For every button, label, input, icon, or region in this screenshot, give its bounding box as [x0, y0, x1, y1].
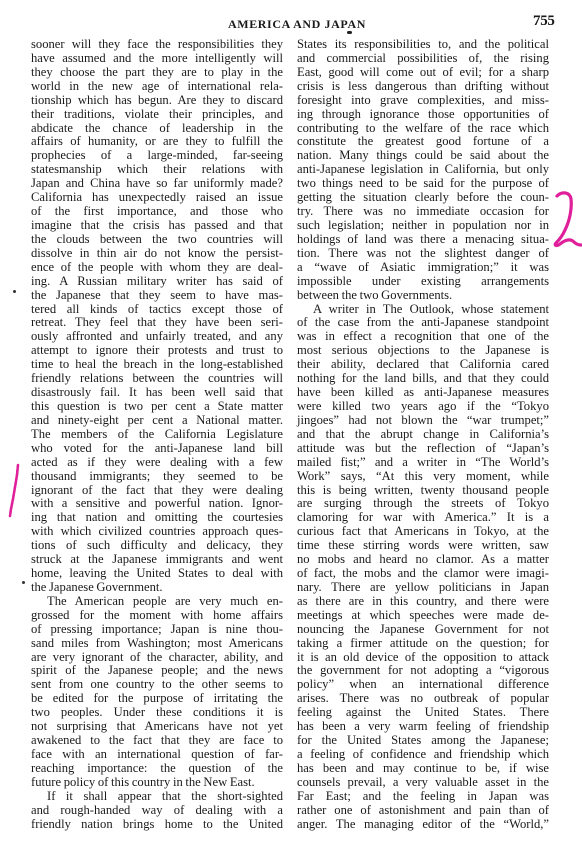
text-line: meetings at which speeches were made de- [297, 609, 549, 623]
text-line: with a sensitive and powerful nation. Ig… [31, 497, 283, 511]
text-line: A writer in The Outlook, whose statement [297, 303, 549, 317]
text-line: policy” when an international difference [297, 678, 549, 692]
text-line: arises. There was no outbreak of popular [297, 692, 549, 706]
text-line: future policy of this country in the New… [31, 776, 283, 790]
text-line: impossible under existing arrangements [297, 275, 549, 289]
text-line: rather one of astonishment and pain than… [297, 804, 549, 818]
text-line: ing through ignorance those opportunitie… [297, 108, 549, 122]
text-line: ing. A Russian military writer has said … [31, 275, 283, 289]
text-line: jingoes” had not blown the “war trumpet;… [297, 414, 549, 428]
text-line: and ninety-eight per cent a National mat… [31, 414, 283, 428]
text-line: constitute the greatest good fortune of … [297, 135, 549, 149]
text-line: most serious objections to the Japanese … [297, 344, 549, 358]
text-line: anger. The managing editor of the “World… [297, 818, 549, 832]
page-number: 755 [533, 13, 555, 30]
text-line: tered all kinds of tactics except those … [31, 303, 283, 317]
text-line: has been a very warm feeling of friendsh… [297, 720, 549, 734]
text-line: East, good will come out of evil; for a … [297, 66, 549, 80]
text-line: such legislation; neither in population … [297, 219, 549, 233]
text-line: world in the new age of international re… [31, 80, 283, 94]
text-line: sooner will they face the responsibiliti… [31, 38, 283, 52]
text-line: Japan and China have so far uniformly ma… [31, 177, 283, 191]
text-line: nation. Many things could be said about … [297, 149, 549, 163]
text-line: the Japanese Government. [31, 581, 283, 595]
text-line: have been killed as anti-Japanese measur… [297, 386, 549, 400]
left-column: sooner will they face the responsibiliti… [31, 38, 283, 832]
text-line: imagine that the crisis has passed and t… [31, 219, 283, 233]
text-line: sent from one country to the other seems… [31, 678, 283, 692]
text-line: of the first importance, and those who [31, 205, 283, 219]
text-line: States its responsibilities to, and the … [297, 38, 549, 52]
text-line: of fact, the mobs and the clamor were im… [297, 567, 549, 581]
text-line: ing that nation and omitting the courtes… [31, 511, 283, 525]
header-title: AMERICA AND JAPAN [0, 17, 582, 32]
right-column: States its responsibilities to, and the … [297, 38, 549, 832]
text-line: anti-Japanese legislation in California,… [297, 163, 549, 177]
text-line: between the two Governments. [297, 289, 549, 303]
text-line: not surprising that Americans have not y… [31, 720, 283, 734]
handwritten-slash-annotation-icon [6, 463, 22, 519]
text-line: retreat. They feel that they have been s… [31, 316, 283, 330]
text-line: Work” says, “At this very moment, while [297, 470, 549, 484]
text-line: grossed for the moment with home affairs [31, 609, 283, 623]
text-line: crisis is less dangerous than drifting w… [297, 80, 549, 94]
text-line: reaching importance: the question of the [31, 762, 283, 776]
text-line: foresight into grave complexities, and m… [297, 94, 549, 108]
text-line: was in effect a recognition that one of … [297, 330, 549, 344]
text-line: clamoring for war with America.” It is a [297, 511, 549, 525]
text-line: nary. There are yellow politicians in Ja… [297, 581, 549, 595]
text-line: time to heal the breach in the long-esta… [31, 358, 283, 372]
text-line: spirit of the Japanese people; and the n… [31, 664, 283, 678]
text-line: friendly relations between the countries… [31, 372, 283, 386]
text-line: If it shall appear that the short-sighte… [31, 790, 283, 804]
text-line: as there are in this country, and there … [297, 595, 549, 609]
text-line: awakened to the fact that they are face … [31, 734, 283, 748]
text-line: statesmanship which their relations with [31, 163, 283, 177]
text-line: feeling against the United States. There [297, 706, 549, 720]
text-line: counsels prevail, a very valuable asset … [297, 776, 549, 790]
text-line: The American people are very much en- [31, 595, 283, 609]
text-line: for the United States among the Japanese… [297, 734, 549, 748]
text-line: and rough-handed way of dealing with a [31, 804, 283, 818]
text-line: a “wave of Asiatic immigration;” it was [297, 261, 549, 275]
text-line: have assumed and the more intelligently … [31, 52, 283, 66]
text-line: ence of the people with whom they are de… [31, 261, 283, 275]
text-line: taking a firmer attitude on the question… [297, 637, 549, 651]
text-line: are very ignorant of the character, abil… [31, 651, 283, 665]
text-line: California has unexpectedly raised an is… [31, 191, 283, 205]
text-line: friendly nation brings home to the Unite… [31, 818, 283, 832]
text-line: two peoples. Under these conditions it i… [31, 706, 283, 720]
text-line: the clouds between the two countries wil… [31, 233, 283, 247]
text-line: this is being written, twenty thousand p… [297, 484, 549, 498]
text-line: dissolve in thin air do not know the per… [31, 247, 283, 261]
text-line: nouncing the Japanese Government for not [297, 623, 549, 637]
text-line: curious fact that Americans in Tokyo, at… [297, 525, 549, 539]
text-line: affairs of humanity, or are they to fulf… [31, 135, 283, 149]
text-line: struck at the Japanese immigrants and we… [31, 553, 283, 567]
text-line: face with an international question of f… [31, 748, 283, 762]
handwritten-2-annotation-icon [553, 190, 582, 252]
text-line: thousand immigrants; they seemed to be [31, 470, 283, 484]
text-line: were killed two years ago if the “Tokyo [297, 400, 549, 414]
text-line: of pressing importance; Japan is nine th… [31, 623, 283, 637]
text-line: of the case from the anti-Japanese stand… [297, 316, 549, 330]
text-line: a feeling of confidence and friendship w… [297, 748, 549, 762]
text-line: ignorant of the fact that they were deal… [31, 484, 283, 498]
text-line: mailed fist;” and a writer in “The World… [297, 456, 549, 470]
text-line: holdings of land was there a menacing si… [297, 233, 549, 247]
text-line: tion. There was not the slightest danger… [297, 247, 549, 261]
text-line: two things need to be said for the purpo… [297, 177, 549, 191]
text-line: ously affronted and unfairly treated, an… [31, 330, 283, 344]
text-line: time these stirring words were written, … [297, 539, 549, 553]
text-line: abdicate the chance of leadership in the [31, 122, 283, 136]
text-line: this question is two per cent a State ma… [31, 400, 283, 414]
text-line: disastrously fail. It has been well said… [31, 386, 283, 400]
margin-dot [13, 290, 16, 293]
margin-dot [22, 581, 25, 584]
text-line: it is an old device of the opposition to… [297, 651, 549, 665]
text-line: the government for not adopting a “vigor… [297, 664, 549, 678]
text-line: tionship which has begun. Are they to di… [31, 94, 283, 108]
text-line: their ability, declared that California … [297, 358, 549, 372]
text-line: try. There was no immediate occasion for [297, 205, 549, 219]
text-line: and that the abrupt change in California… [297, 428, 549, 442]
text-line: and commercial possibilities of, the ris… [297, 52, 549, 66]
text-line: Far East; and the feeling in Japan was [297, 790, 549, 804]
text-line: contributing to the welfare of the race … [297, 122, 549, 136]
text-line: getting the situation clearly before the… [297, 191, 549, 205]
text-line: who voted for the anti-Japanese land bil… [31, 442, 283, 456]
text-line: nothing for the land bills, and that the… [297, 372, 549, 386]
text-line: with which civilized countries approach … [31, 525, 283, 539]
text-line: home, leaving the United States to deal … [31, 567, 283, 581]
text-line: they choose the part they are to play in… [31, 66, 283, 80]
text-line: the Japanese that they seem to have mas- [31, 289, 283, 303]
text-line: The members of the California Legislatur… [31, 428, 283, 442]
text-line: attitude was but the reflection of “Japa… [297, 442, 549, 456]
text-line: has been and may continue to be, if wise [297, 762, 549, 776]
text-line: acted as if they were dealing with a few [31, 456, 283, 470]
text-line: tions of such difficulty and delicacy, t… [31, 539, 283, 553]
text-line: their traditions, violate their principl… [31, 108, 283, 122]
text-line: be edited for the purpose of irritating … [31, 692, 283, 706]
text-line: sand miles from Washington; most America… [31, 637, 283, 651]
text-line: prophecies of a large-minded, far-seeing [31, 149, 283, 163]
text-line: attempt to ignore their protests and tru… [31, 344, 283, 358]
ink-speck [347, 31, 352, 34]
text-line: no mobs and heard no clamor. As a matter [297, 553, 549, 567]
text-line: are surging through the streets of Tokyo [297, 497, 549, 511]
